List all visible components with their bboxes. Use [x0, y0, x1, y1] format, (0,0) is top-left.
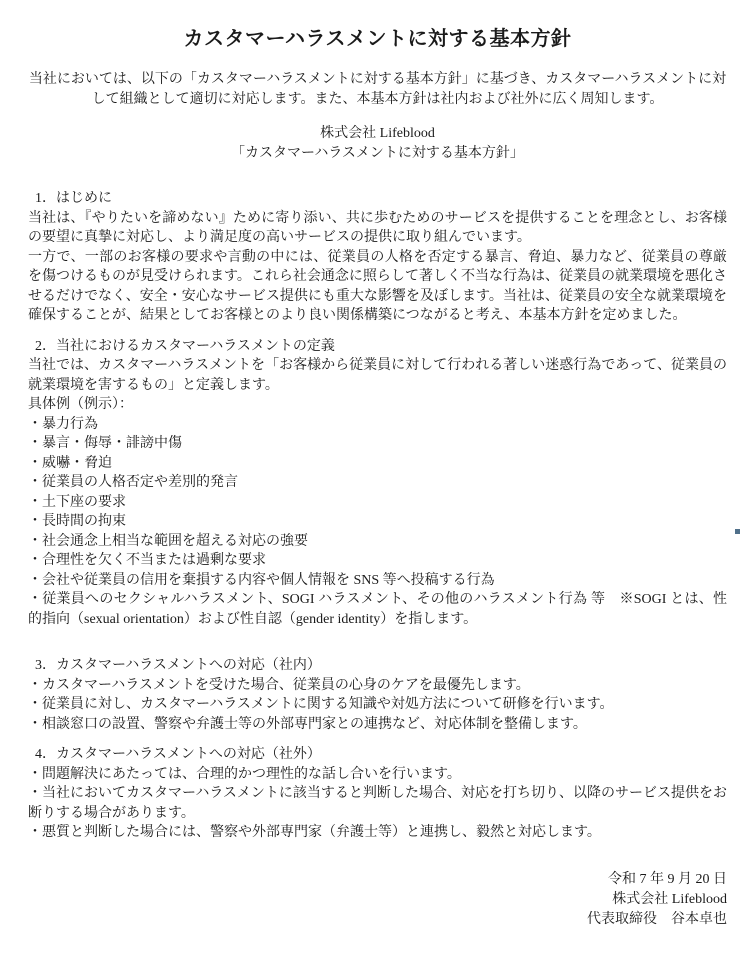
section-heading: 3．カスタマーハラスメントへの対応（社内）	[28, 656, 727, 676]
bullet-item: ・問題解決にあたっては、合理的かつ理性的な話し合いを行います。	[28, 765, 727, 785]
bullet-item: ・長時間の拘束	[28, 512, 727, 532]
stray-pixel-mark	[735, 529, 740, 534]
section-heading: 2．当社におけるカスタマーハラスメントの定義	[28, 337, 727, 357]
paragraph: 当社は、『やりたいを諦めない』ために寄り添い、共に歩むためのサービスを提供するこ…	[28, 209, 727, 248]
section-internal-response: 3．カスタマーハラスメントへの対応（社内） ・カスタマーハラスメントを受けた場合…	[28, 656, 727, 734]
bullet-item: ・威嚇・脅迫	[28, 454, 727, 474]
bullet-item: ・暴言・侮辱・誹謗中傷	[28, 434, 727, 454]
bullet-item: ・カスタマーハラスメントを受けた場合、従業員の心身のケアを最優先します。	[28, 676, 727, 696]
paragraph: 当社では、カスタマーハラスメントを「お客様から従業員に対して行われる著しい迷惑行…	[28, 356, 727, 395]
section-definition: 2．当社におけるカスタマーハラスメントの定義 当社では、カスタマーハラスメントを…	[28, 337, 727, 630]
bullet-item: ・合理性を欠く不当または過剰な要求	[28, 551, 727, 571]
bullet-item: ・従業員へのセクシャルハラスメント、SOGI ハラスメント、その他のハラスメント…	[28, 590, 727, 629]
document-page: カスタマーハラスメントに対する基本方針 当社においては、以下の「カスタマーハラス…	[0, 0, 755, 953]
bullet-item: ・当社においてカスタマーハラスメントに該当すると判断した場合、対応を打ち切り、以…	[28, 784, 727, 823]
document-title: カスタマーハラスメントに対する基本方針	[28, 26, 727, 52]
examples-label: 具体例（例示）：	[28, 395, 727, 415]
section-hajimeni: 1．はじめに 当社は、『やりたいを諦めない』ために寄り添い、共に歩むためのサービ…	[28, 189, 727, 326]
intro-paragraph: 当社においては、以下の「カスタマーハラスメントに対する基本方針」に基づき、カスタ…	[28, 70, 727, 109]
bullet-item: ・暴力行為	[28, 415, 727, 435]
bullet-item: ・相談窓口の設置、警察や弁護士等の外部専門家との連携など、対応体制を整備します。	[28, 715, 727, 735]
bullet-item: ・会社や従業員の信用を棄損する内容や個人情報を SNS 等へ投稿する行為	[28, 571, 727, 591]
signoff-representative: 代表取締役 谷本卓也	[28, 910, 727, 930]
bullet-item: ・従業員の人格否定や差別的発言	[28, 473, 727, 493]
signoff-date: 令和 7 年 9 月 20 日	[28, 870, 727, 890]
policy-subtitle: 「カスタマーハラスメントに対する基本方針」	[28, 144, 727, 164]
bullet-item: ・土下座の要求	[28, 493, 727, 513]
bullet-item: ・悪質と判断した場合には、警察や外部専門家（弁護士等）と連携し、毅然と対応します…	[28, 823, 727, 843]
section-external-response: 4．カスタマーハラスメントへの対応（社外） ・問題解決にあたっては、合理的かつ理…	[28, 745, 727, 843]
company-name-line: 株式会社 Lifeblood	[28, 124, 727, 144]
paragraph: 一方で、一部のお客様の要求や言動の中には、従業員の人格を否定する暴言、脅迫、暴力…	[28, 248, 727, 326]
signature-block: 令和 7 年 9 月 20 日 株式会社 Lifeblood 代表取締役 谷本卓…	[28, 870, 727, 930]
bullet-item: ・社会通念上相当な範囲を超える対応の強要	[28, 532, 727, 552]
section-heading: 4．カスタマーハラスメントへの対応（社外）	[28, 745, 727, 765]
section-heading: 1．はじめに	[28, 189, 727, 209]
bullet-item: ・従業員に対し、カスタマーハラスメントに関する知識や対処方法について研修を行いま…	[28, 695, 727, 715]
signoff-company: 株式会社 Lifeblood	[28, 890, 727, 910]
